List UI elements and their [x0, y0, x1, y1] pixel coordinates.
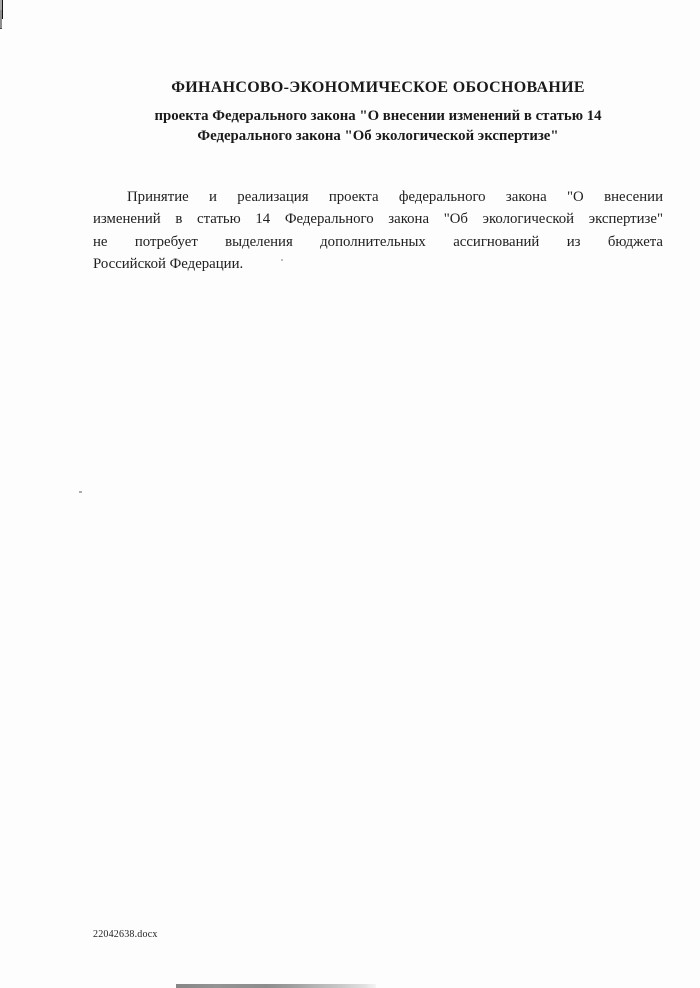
document-paragraph: Принятие и реализация проекта федерально… — [93, 186, 663, 275]
document-title: ФИНАНСОВО-ЭКОНОМИЧЕСКОЕ ОБОСНОВАНИЕ — [93, 78, 663, 98]
scan-artifact-bottom-bar — [176, 984, 376, 988]
paragraph-line: Принятие и реализация проекта федерально… — [93, 186, 663, 208]
document-footer-filename: 22042638.docx — [93, 929, 158, 940]
paragraph-line: изменений в статью 14 Федерального закон… — [93, 208, 663, 230]
scanned-document-page: ФИНАНСОВО-ЭКОНОМИЧЕСКОЕ ОБОСНОВАНИЕ прое… — [0, 0, 700, 988]
paragraph-line: Российской Федерации. — [93, 253, 663, 275]
document-content: ФИНАНСОВО-ЭКОНОМИЧЕСКОЕ ОБОСНОВАНИЕ прое… — [93, 78, 663, 275]
document-subtitle-line: проекта Федерального закона "О внесении … — [93, 107, 663, 127]
scan-artifact-speck — [79, 491, 82, 493]
scan-artifact-left-edge-small — [0, 0, 2, 10]
document-subtitle-line: Федерального закона "Об экологической эк… — [93, 127, 663, 147]
document-subtitle: проекта Федерального закона "О внесении … — [93, 107, 663, 146]
paragraph-line: не потребует выделения дополнительных ас… — [93, 231, 663, 253]
